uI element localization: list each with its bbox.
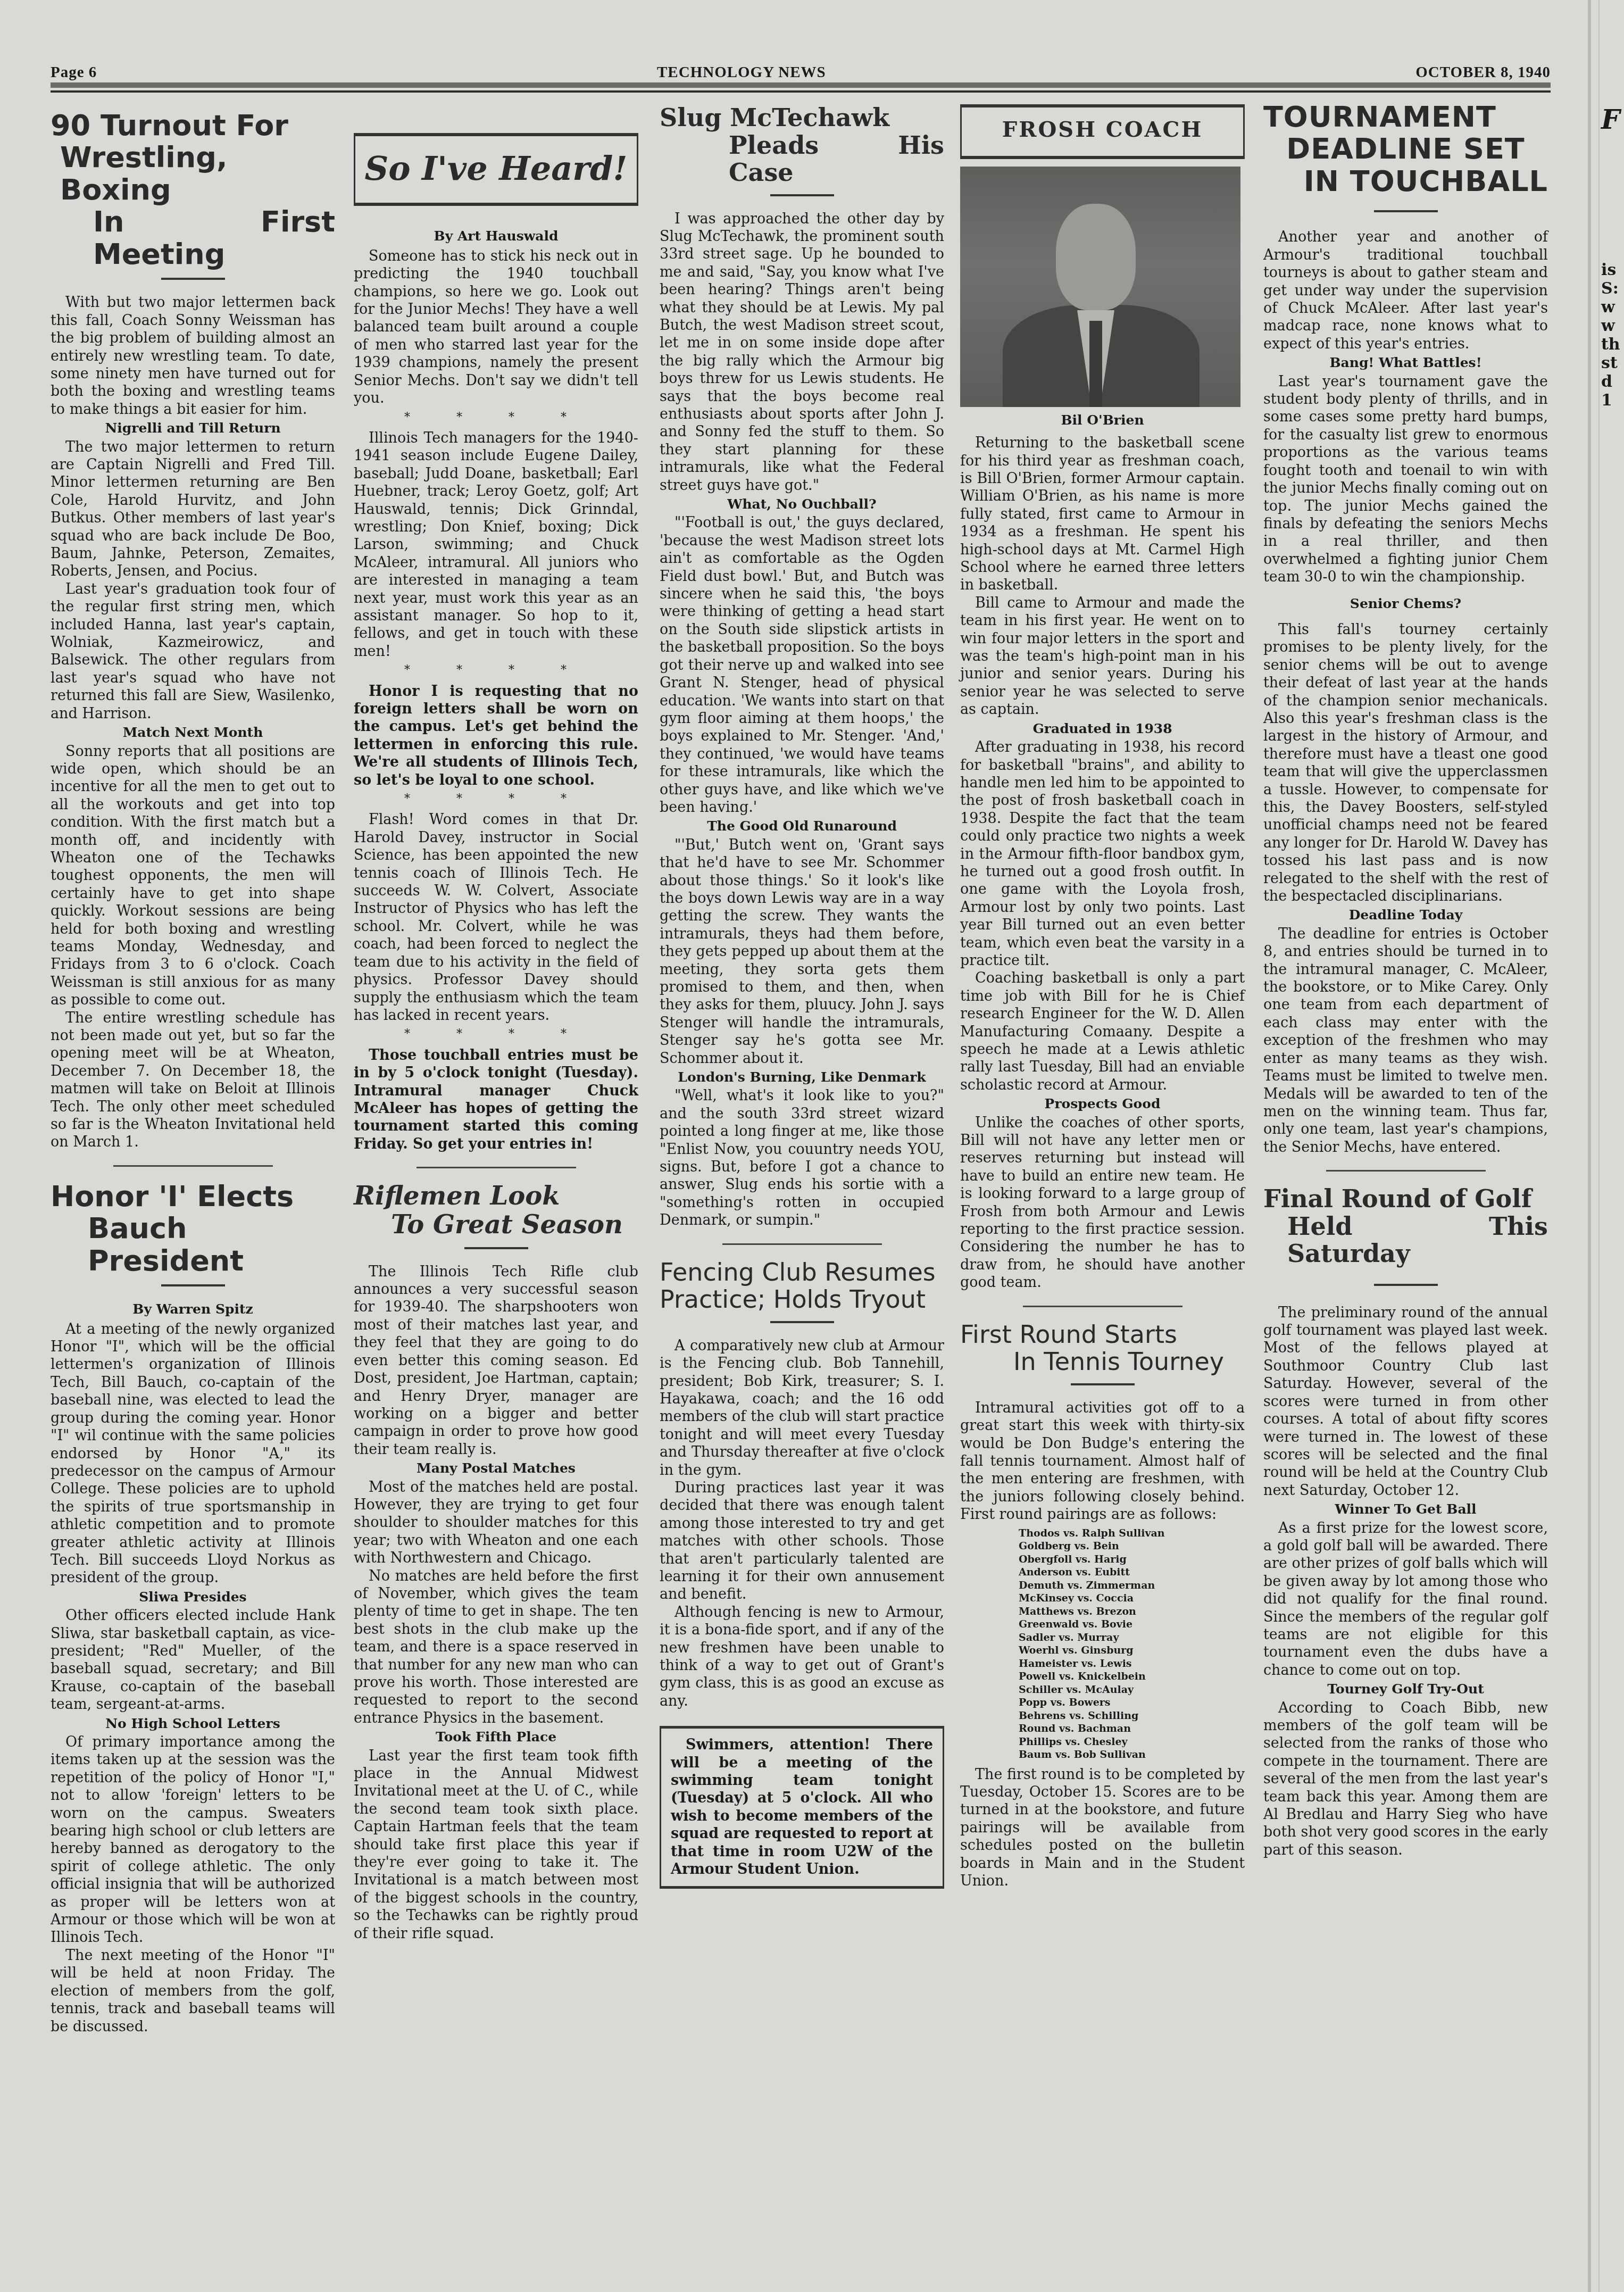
divider [161,278,225,280]
subhead: What, No Ouchball? [660,495,944,513]
paragraph: "Well, what's it look like to you?" and … [660,1087,944,1229]
headline-line: Honor 'I' Elects [51,1181,335,1213]
subhead: Graduated in 1938 [960,720,1245,737]
headline-line: 90 Turnout For [51,110,335,142]
page-gutter-line [1598,0,1600,2292]
honor-headline: Honor 'I' Elects Bauch President [51,1181,335,1277]
divider [770,1321,834,1323]
issue-date: OCTOBER 8, 1940 [1415,64,1551,81]
headline-line: In Tennis Tourney [960,1348,1245,1376]
headline-line: Wrestling, Boxing [51,142,335,206]
wrestling-headline: 90 Turnout For Wrestling, Boxing In Firs… [51,110,335,270]
divider [1326,1170,1486,1172]
pairing: Thodos vs. Ralph Sullivan [1019,1527,1245,1540]
byline: By Art Hauswald [354,227,638,245]
divider [417,1167,576,1168]
frosh-coach-title: FROSH COACH [1002,117,1203,142]
divider [161,1284,225,1286]
paragraph: Those touchball entries must be in by 5 … [354,1047,638,1153]
tennis-pairings-list: Thodos vs. Ralph Sullivan Goldberg vs. B… [960,1527,1245,1762]
photo-figure-head [1056,204,1136,310]
subhead: Prospects Good [960,1095,1245,1112]
pairing: Demuth vs. Zimmerman [1019,1579,1245,1592]
headline-line: Pleads His Case [660,132,944,187]
touchball-headline: TOURNAMENT DEADLINE SET IN TOUCHBALL [1263,101,1548,197]
subhead: Winner To Get Ball [1263,1500,1548,1518]
notice-text: Swimmers, attention! There will be a mee… [671,1736,933,1878]
edge-fragment: w [1601,298,1615,317]
subhead: Senior Chems? [1263,595,1548,612]
frosh-coach-box: FROSH COACH [960,104,1245,159]
paragraph: Intramural activities got off to a great… [960,1399,1245,1524]
paragraph: The first round is to be completed by Tu… [960,1766,1245,1890]
pairing: Hameister vs. Lewis [1019,1657,1245,1671]
headline-line: Fencing Club Resumes [660,1259,944,1286]
slug-headline: Slug McTechawk Pleads His Case [660,104,944,187]
pairing: Phillips vs. Chesley [1019,1735,1245,1749]
subhead: Nigrelli and Till Return [51,419,335,437]
paragraph: Unlike the coaches of other sports, Bill… [960,1114,1245,1292]
edge-fragment: w [1601,317,1615,335]
coach-photo [960,167,1240,407]
subhead: The Good Old Runaround [660,817,944,835]
column-2: So I've Heard! By Art Hauswald Someone h… [354,101,638,1942]
headline-line: TOURNAMENT [1263,101,1548,133]
divider [464,1247,528,1249]
paragraph: Sonny reports that all positions are wid… [51,743,335,1009]
divider [770,194,834,196]
fencing-headline: Fencing Club Resumes Practice; Holds Try… [660,1259,944,1314]
pairing: Baum vs. Bob Sullivan [1019,1748,1245,1762]
pairing: Round vs. Bachman [1019,1722,1245,1735]
pairing: Goldberg vs. Bein [1019,1540,1245,1553]
headline-line: Bauch President [51,1213,335,1277]
paragraph: The Illinois Tech Rifle club announces a… [354,1263,638,1458]
column-4: FROSH COACH Bil O'Brien Returning to the… [960,101,1245,1890]
paragraph: The entire wrestling schedule has not be… [51,1009,335,1151]
edge-fragment: th [1601,335,1620,354]
pairing: McKinsey vs. Coccia [1019,1592,1245,1605]
photo-figure-tie [1089,321,1102,407]
paragraph: During practices last year it was decide… [660,1479,944,1604]
headline-line: First Round Starts [960,1321,1245,1349]
headline-line: Riflemen Look [354,1182,638,1211]
paragraph: A comparatively new club at Armour is th… [660,1337,944,1479]
edge-fragment: is [1601,261,1616,279]
byline: By Warren Spitz [51,1300,335,1318]
headline-line: Final Round of Golf [1263,1185,1548,1213]
column-title-box: So I've Heard! [354,133,638,206]
column-title: So I've Heard! [364,149,627,188]
subhead: London's Burning, Like Denmark [660,1068,944,1086]
paragraph: I was approached the other day by Slug M… [660,210,944,495]
photo-caption: Bil O'Brien [960,411,1245,429]
paragraph: "'Football is out,' the guys declared, '… [660,514,944,816]
paragraph: After graduating in 1938, his record for… [960,738,1245,969]
divider [1374,210,1438,212]
paragraph: The deadline for entries is October 8, a… [1263,925,1548,1156]
pairing: Schiller vs. McAulay [1019,1683,1245,1697]
headline-line: Practice; Holds Tryout [660,1286,944,1314]
edge-fragment: S: [1601,279,1619,298]
edge-fragment: 1 [1601,391,1612,410]
pairing: Popp vs. Bowers [1019,1696,1245,1709]
paragraph: Illinois Tech managers for the 1940-1941… [354,429,638,660]
paragraph: "'But,' Butch went on, 'Grant says that … [660,836,944,1067]
masthead: Page 6 TECHNOLOGY NEWS OCTOBER 8, 1940 [51,60,1551,81]
paragraph: Returning to the basketball scene for hi… [960,434,1245,594]
paragraph: As a first prize for the lowest score, a… [1263,1519,1548,1680]
subhead: Bang! What Battles! [1263,354,1548,371]
paragraph: Last year's graduation took four of the … [51,580,335,723]
masthead-rule [51,82,1551,88]
paragraph: The preliminary round of the annual golf… [1263,1304,1548,1499]
paragraph: Bill came to Armour and made the team in… [960,594,1245,719]
rifle-headline: Riflemen Look To Great Season [354,1182,638,1240]
paragraph: Someone has to stick his neck out in pre… [354,247,638,408]
subhead: Deadline Today [1263,906,1548,924]
paragraph: With but two major lettermen back this f… [51,294,335,418]
pairing: Sadler vs. Murray [1019,1631,1245,1645]
separator-stars: * * * * [354,1025,638,1043]
paragraph: Last year's tournament gave the student … [1263,373,1548,586]
subhead: No High School Letters [51,1715,335,1732]
paragraph: Another year and another of Armour's tra… [1263,228,1548,353]
pairing: Behrens vs. Schilling [1019,1709,1245,1723]
divider [1071,1383,1135,1385]
headline-line: Slug McTechawk [660,104,944,132]
separator-stars: * * * * [354,790,638,808]
paragraph: Coaching basketball is only a part time … [960,969,1245,1094]
paragraph: This fall's tourney certainly promises t… [1263,621,1548,906]
headline-line: To Great Season [354,1211,638,1240]
paragraph: Last year the first team took fifth plac… [354,1747,638,1942]
page-gutter [1588,0,1591,2292]
pairing: Obergfoll vs. Harig [1019,1553,1245,1566]
divider [722,1243,882,1245]
separator-stars: * * * * [354,661,638,679]
paragraph: No matches are held before the first of … [354,1567,638,1728]
subhead: Sliwa Presides [51,1588,335,1606]
edge-fragment: st [1601,354,1618,372]
divider [113,1165,273,1167]
headline-line: In First Meeting [51,206,335,270]
column-3: Slug McTechawk Pleads His Case I was app… [660,101,944,1889]
column-5: TOURNAMENT DEADLINE SET IN TOUCHBALL Ano… [1263,101,1548,1859]
paragraph: Although fencing is new to Armour, it is… [660,1604,944,1710]
column-1: 90 Turnout For Wrestling, Boxing In Firs… [51,101,335,2036]
separator-stars: * * * * [354,409,638,426]
swimmers-notice-box: Swimmers, attention! There will be a mee… [660,1726,944,1888]
paragraph: Flash! Word comes in that Dr. Harold Dav… [354,811,638,1024]
paragraph: Other officers elected include Hank Sliw… [51,1607,335,1713]
headline-line: Held This Saturday [1263,1213,1548,1268]
edge-fragment: d [1601,372,1612,391]
paragraph: Honor I is requesting that no foreign le… [354,683,638,789]
headline-line: DEADLINE SET [1263,133,1548,165]
pairing: Woerhl vs. Ginsburg [1019,1644,1245,1657]
pairing: Anderson vs. Eubitt [1019,1566,1245,1579]
paragraph: The next meeting of the Honor "I" will b… [51,1947,335,2036]
paragraph: Most of the matches held are postal. How… [354,1479,638,1567]
divider [1023,1306,1182,1307]
paragraph: According to Coach Bibb, new members of … [1263,1699,1548,1859]
pairing: Powell vs. Knickelbein [1019,1670,1245,1683]
golf-headline: Final Round of Golf Held This Saturday [1263,1185,1548,1268]
pairing: Greenwald vs. Bovie [1019,1618,1245,1631]
paragraph: The two major lettermen to return are Ca… [51,438,335,580]
pairing: Matthews vs. Brezon [1019,1605,1245,1618]
newspaper-name: TECHNOLOGY NEWS [657,64,826,81]
subhead: Took Fifth Place [354,1728,638,1746]
page-number: Page 6 [51,64,97,81]
paragraph: At a meeting of the newly organized Hono… [51,1321,335,1587]
subhead: Match Next Month [51,724,335,741]
masthead-rule-thin [51,90,1551,93]
edge-fragment-headline: F [1601,104,1620,135]
subhead: Many Postal Matches [354,1459,638,1477]
headline-line: IN TOUCHBALL [1263,165,1548,197]
tennis-headline: First Round Starts In Tennis Tourney [960,1321,1245,1376]
paragraph: Of primary importance among the items ta… [51,1733,335,1947]
divider [1374,1284,1438,1286]
subhead: Tourney Golf Try-Out [1263,1680,1548,1698]
